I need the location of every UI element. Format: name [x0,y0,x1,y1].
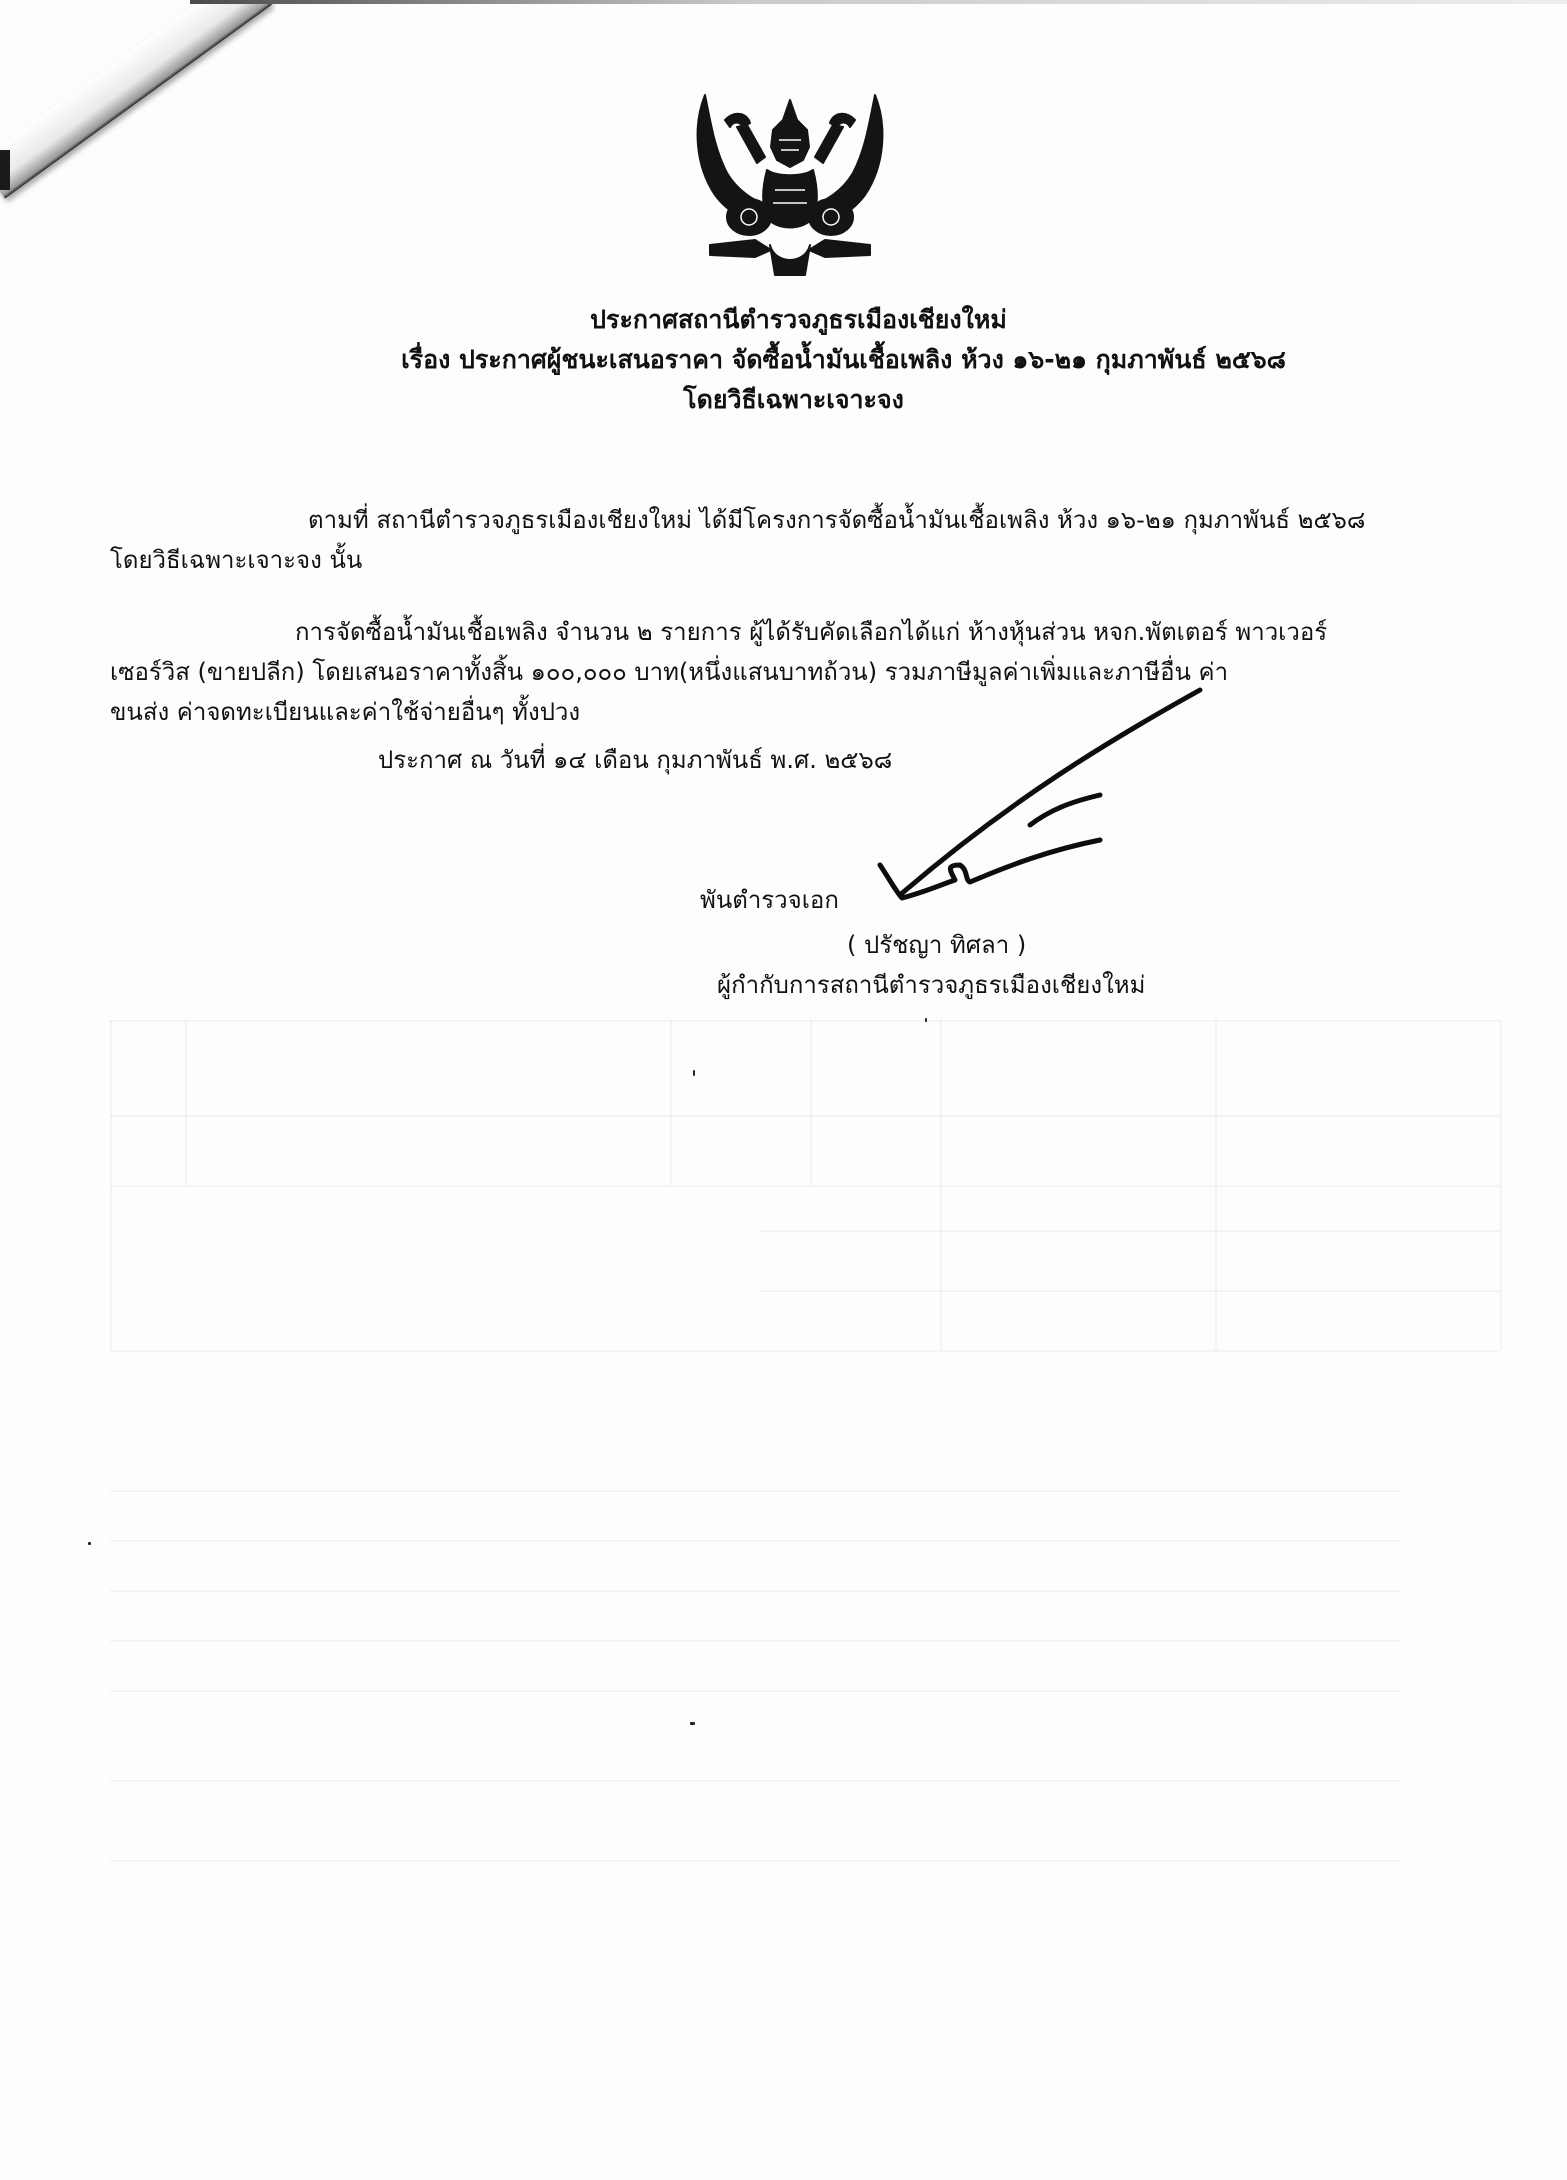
bleed-through [1215,1020,1217,1350]
body-paragraph-2-line-1: การจัดซื้อน้ำมันเชื้อเพลิง จำนวน ๒ รายกา… [295,612,1327,652]
heading-issuer: ประกาศสถานีตำรวจภูธรเมืองเชียงใหม่ [0,300,1567,340]
folded-corner-shadow [0,150,10,190]
announced-date: ประกาศ ณ วันที่ ๑๔ เดือน กุมภาพันธ์ พ.ศ.… [378,740,892,780]
speck [88,1542,91,1545]
handwritten-signature-icon [850,670,1210,910]
bleed-through [1500,1020,1502,1350]
bleed-through [110,1640,1400,1642]
body-paragraph-2-line-3: ขนส่ง ค่าจดทะเบียนและค่าใช้จ่ายอื่นๆ ทั้… [110,692,580,732]
bleed-through [810,1020,812,1185]
bleed-through [760,1230,1500,1232]
speck [690,1722,695,1725]
heading-subject: เรื่อง ประกาศผู้ชนะเสนอราคา จัดซื้อน้ำมั… [0,340,1567,380]
bleed-through [110,1590,1400,1592]
bleed-through [110,1020,112,1350]
bleed-through [760,1290,1500,1292]
bleed-through [110,1350,1500,1352]
bleed-through [110,1780,1400,1782]
bleed-through [670,1020,672,1185]
bleed-through [185,1020,187,1185]
bleed-through [110,1860,1400,1862]
speck [925,1018,927,1022]
body-paragraph-2-line-2: เซอร์วิส (ขายปลีก) โดยเสนอราคาทั้งสิ้น ๑… [110,652,1228,692]
folded-corner [0,0,272,199]
heading-method: โดยวิธีเฉพาะเจาะจง [0,380,1567,420]
bleed-through [110,1690,1400,1692]
bleed-through [110,1540,1400,1542]
body-paragraph-1-line-2: โดยวิธีเฉพาะเจาะจง นั้น [110,540,362,580]
bleed-through [110,1115,1500,1117]
garuda-emblem-icon [675,85,905,280]
document-page: ประกาศสถานีตำรวจภูธรเมืองเชียงใหม่ เรื่อ… [0,0,1567,2180]
body-paragraph-1-line-1: ตามที่ สถานีตำรวจภูธรเมืองเชียงใหม่ ได้ม… [308,500,1365,540]
bleed-through [110,1020,1500,1022]
bleed-through [110,1185,1500,1187]
signatory-name: ( ปรัชญา ทิศลา ) [847,925,1026,964]
speck [693,1070,695,1076]
signatory-rank: พันตำรวจเอก [700,880,839,919]
signatory-position: ผู้กำกับการสถานีตำรวจภูธรเมืองเชียงใหม่ [717,965,1145,1004]
bleed-through [110,1490,1400,1492]
page-top-edge [190,0,1567,4]
bleed-through [940,1020,942,1350]
document-heading: ประกาศสถานีตำรวจภูธรเมืองเชียงใหม่ เรื่อ… [0,300,1567,420]
